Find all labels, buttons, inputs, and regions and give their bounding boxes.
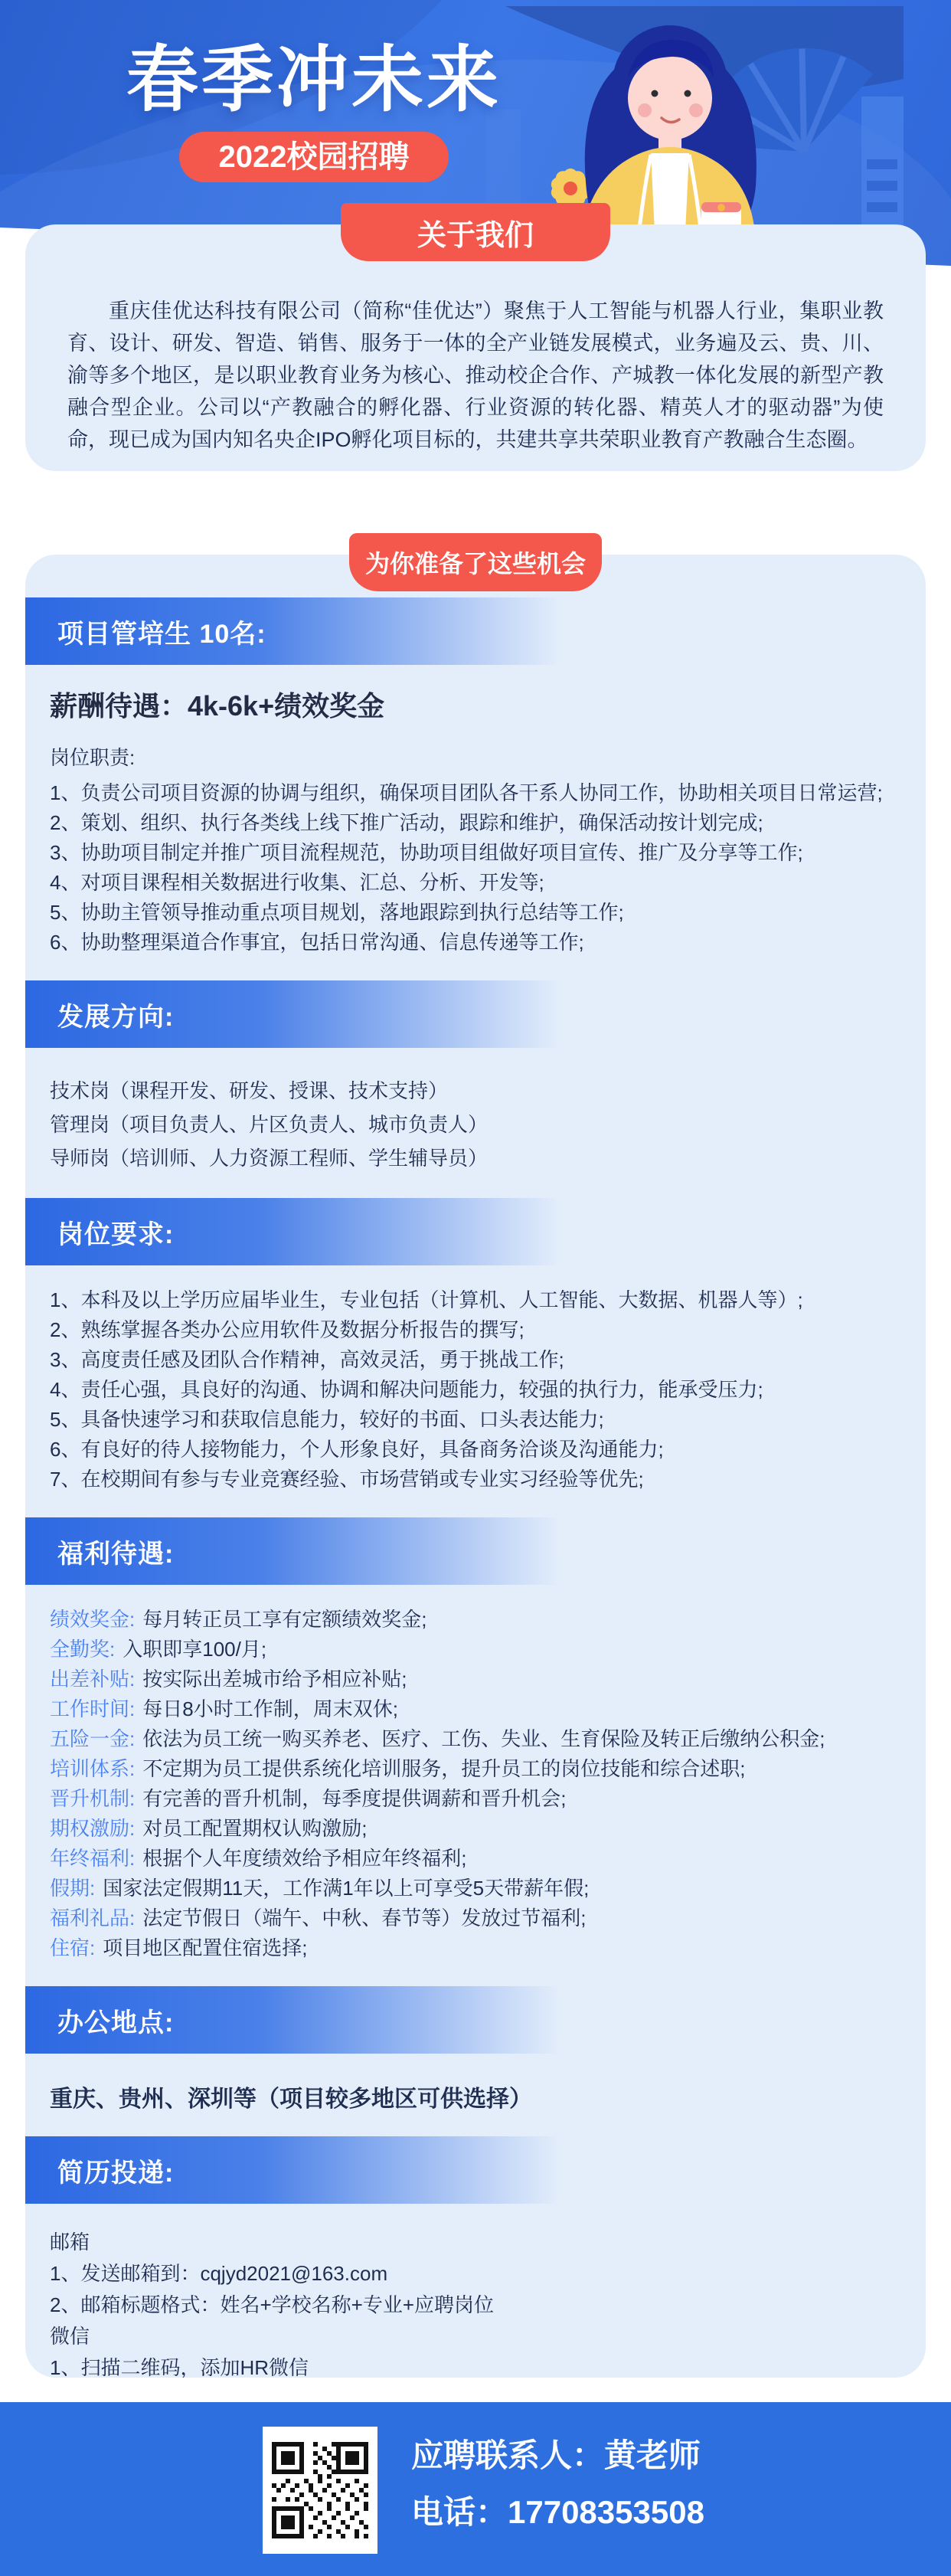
benefit-label: 期权激励: bbox=[50, 1817, 135, 1840]
duties-list: 1、负责公司项目资源的协调与组织，确保项目团队各干系人协同工作，协助相关项目日常… bbox=[25, 778, 926, 957]
about-card: 关于我们 重庆佳优达科技有限公司（简称“佳优达”）聚焦于人工智能与机器人行业，集… bbox=[25, 224, 926, 471]
hero-block: 春季冲未来 2022校园招聘 bbox=[115, 40, 513, 182]
footer-contact-band: 应聘联系人：黄老师 电话：17708353508 bbox=[0, 2402, 951, 2576]
requirement-item: 4、责任心强，具良好的沟通、协调和解决问题能力，较强的执行力，能承受压力; bbox=[50, 1375, 901, 1405]
requirement-item: 5、具备快速学习和获取信息能力，较好的书面、口头表达能力; bbox=[50, 1405, 901, 1435]
benefit-text: 每月转正员工享有定额绩效奖金; bbox=[142, 1608, 426, 1631]
resume-line: 邮箱 bbox=[50, 2227, 901, 2258]
development-bar: 发展方向: bbox=[25, 980, 583, 1048]
benefit-item: 期权激励:对员工配置期权认购激励; bbox=[50, 1814, 901, 1844]
benefit-label: 假期: bbox=[50, 1877, 95, 1900]
benefits-bar: 福利待遇: bbox=[25, 1517, 583, 1585]
resume-list: 邮箱 1、发送邮箱到：cqjyd2021@163.com 2、邮箱标题格式：姓名… bbox=[25, 2227, 926, 2378]
location-line: 重庆、贵州、深圳等（项目较多地区可供选择） bbox=[25, 2080, 926, 2113]
resume-line: 1、发送邮箱到：cqjyd2021@163.com bbox=[50, 2258, 901, 2290]
benefit-label: 福利礼品: bbox=[50, 1907, 135, 1930]
benefit-label: 全勤奖: bbox=[50, 1638, 115, 1661]
development-list: 技术岗（课程开发、研发、授课、技术支持） 管理岗（项目负责人、片区负责人、城市负… bbox=[25, 1074, 926, 1175]
duty-item: 3、协助项目制定并推广项目流程规范，协助项目组做好项目宣传、推广及分享等工作; bbox=[50, 838, 901, 868]
benefit-text: 法定节假日（端午、中秋、春节等）发放过节福利; bbox=[142, 1907, 586, 1930]
page-title: 春季冲未来 bbox=[115, 40, 513, 119]
requirements-bar: 岗位要求: bbox=[25, 1198, 583, 1265]
resume-line: 2、邮箱标题格式：姓名+学校名称+专业+应聘岗位 bbox=[50, 2290, 901, 2321]
contact-phone: 电话：17708353508 bbox=[411, 2493, 704, 2532]
job-detail-card: 项目管培生 10名: 薪酬待遇：4k-6k+绩效奖金 岗位职责: 1、负责公司项… bbox=[25, 555, 926, 2378]
benefit-item: 培训体系:不定期为员工提供系统化培训服务，提升员工的岗位技能和综合述职; bbox=[50, 1754, 901, 1784]
requirement-item: 6、有良好的待人接物能力，个人形象良好，具备商务洽谈及沟通能力; bbox=[50, 1435, 901, 1465]
benefit-text: 对员工配置期权认购激励; bbox=[142, 1817, 367, 1840]
benefit-text: 入职即享100/月; bbox=[123, 1638, 266, 1661]
benefit-item: 晋升机制:有完善的晋升机制，每季度提供调薪和晋升机会; bbox=[50, 1784, 901, 1814]
recruitment-poster: 春季冲未来 2022校园招聘 关于我们 重庆佳优达科技有限公司（简称“佳优达”）… bbox=[0, 0, 951, 2576]
duty-item: 6、协助整理渠道合作事宜，包括日常沟通、信息传递等工作; bbox=[50, 928, 901, 957]
benefit-label: 晋升机制: bbox=[50, 1787, 135, 1810]
salary-line: 薪酬待遇：4k-6k+绩效奖金 bbox=[25, 685, 926, 724]
benefit-label: 培训体系: bbox=[50, 1757, 135, 1780]
benefit-item: 福利礼品:法定节假日（端午、中秋、春节等）发放过节福利; bbox=[50, 1903, 901, 1933]
benefit-text: 按实际出差城市给予相应补贴; bbox=[142, 1668, 407, 1691]
benefit-label: 绩效奖金: bbox=[50, 1608, 135, 1631]
benefit-label: 年终福利: bbox=[50, 1847, 135, 1870]
benefit-label: 出差补贴: bbox=[50, 1668, 135, 1691]
requirement-item: 7、在校期间有参与专业竞赛经验、市场营销或专业实习经验等优先; bbox=[50, 1465, 901, 1494]
development-item: 导师岗（培训师、人力资源工程师、学生辅导员） bbox=[50, 1141, 901, 1175]
duty-item: 1、负责公司项目资源的协调与组织，确保项目团队各干系人协同工作，协助相关项目日常… bbox=[50, 778, 901, 808]
requirement-item: 1、本科及以上学历应届毕业生，专业包括（计算机、人工智能、大数据、机器人等）; bbox=[50, 1285, 901, 1315]
footer-text-block: 应聘联系人：黄老师 电话：17708353508 bbox=[411, 2436, 704, 2532]
benefit-item: 五险一金:依法为员工统一购买养老、医疗、工伤、失业、生育保险及转正后缴纳公积金; bbox=[50, 1724, 901, 1754]
benefit-item: 绩效奖金:每月转正员工享有定额绩效奖金; bbox=[50, 1605, 901, 1635]
duty-item: 2、策划、组织、执行各类线上线下推广活动，跟踪和维护，确保活动按计划完成; bbox=[50, 808, 901, 838]
about-tab: 关于我们 bbox=[341, 203, 610, 261]
benefit-item: 假期:国家法定假期11天，工作满1年以上可享受5天带薪年假; bbox=[50, 1874, 901, 1903]
benefit-item: 住宿:项目地区配置住宿选择; bbox=[50, 1933, 901, 1963]
benefit-label: 五险一金: bbox=[50, 1727, 135, 1750]
resume-line: 1、扫描二维码，添加HR微信 bbox=[50, 2352, 901, 2378]
campus-recruit-badge: 2022校园招聘 bbox=[179, 132, 449, 182]
resume-bar: 简历投递: bbox=[25, 2136, 583, 2204]
opportunities-badge: 为你准备了这些机会 bbox=[349, 533, 602, 591]
benefit-label: 工作时间: bbox=[50, 1697, 135, 1720]
duty-item: 4、对项目课程相关数据进行收集、汇总、分析、开发等; bbox=[50, 868, 901, 898]
development-item: 技术岗（课程开发、研发、授课、技术支持） bbox=[50, 1074, 901, 1108]
requirements-list: 1、本科及以上学历应届毕业生，专业包括（计算机、人工智能、大数据、机器人等）; … bbox=[25, 1285, 926, 1494]
qr-code bbox=[263, 2427, 377, 2554]
benefit-item: 年终福利:根据个人年度绩效给予相应年终福利; bbox=[50, 1844, 901, 1874]
resume-line: 微信 bbox=[50, 2321, 901, 2352]
benefit-label: 住宿: bbox=[50, 1936, 95, 1959]
benefit-text: 有完善的晋升机制，每季度提供调薪和晋升机会; bbox=[142, 1787, 566, 1810]
duty-item: 5、协助主管领导推动重点项目规划，落地跟踪到执行总结等工作; bbox=[50, 898, 901, 928]
benefit-text: 项目地区配置住宿选择; bbox=[103, 1936, 307, 1959]
benefit-text: 国家法定假期11天，工作满1年以上可享受5天带薪年假; bbox=[103, 1877, 589, 1900]
position-bar: 项目管培生 10名: bbox=[25, 597, 583, 665]
benefit-item: 出差补贴:按实际出差城市给予相应补贴; bbox=[50, 1664, 901, 1694]
duties-label: 岗位职责: bbox=[25, 742, 926, 771]
benefits-list: 绩效奖金:每月转正员工享有定额绩效奖金; 全勤奖:入职即享100/月; 出差补贴… bbox=[25, 1605, 926, 1963]
location-bar: 办公地点: bbox=[25, 1986, 583, 2054]
benefit-text: 根据个人年度绩效给予相应年终福利; bbox=[142, 1847, 466, 1870]
contact-person: 应聘联系人：黄老师 bbox=[411, 2436, 704, 2476]
benefit-item: 全勤奖:入职即享100/月; bbox=[50, 1635, 901, 1664]
benefit-item: 工作时间:每日8小时工作制，周末双休; bbox=[50, 1694, 901, 1724]
requirement-item: 2、熟练掌握各类办公应用软件及数据分析报告的撰写; bbox=[50, 1315, 901, 1345]
benefit-text: 每日8小时工作制，周末双休; bbox=[142, 1697, 398, 1720]
development-item: 管理岗（项目负责人、片区负责人、城市负责人） bbox=[50, 1108, 901, 1141]
requirement-item: 3、高度责任感及团队合作精神，高效灵活，勇于挑战工作; bbox=[50, 1345, 901, 1375]
benefit-text: 不定期为员工提供系统化培训服务，提升员工的岗位技能和综合述职; bbox=[142, 1757, 745, 1780]
benefit-text: 依法为员工统一购买养老、医疗、工伤、失业、生育保险及转正后缴纳公积金; bbox=[142, 1727, 825, 1750]
